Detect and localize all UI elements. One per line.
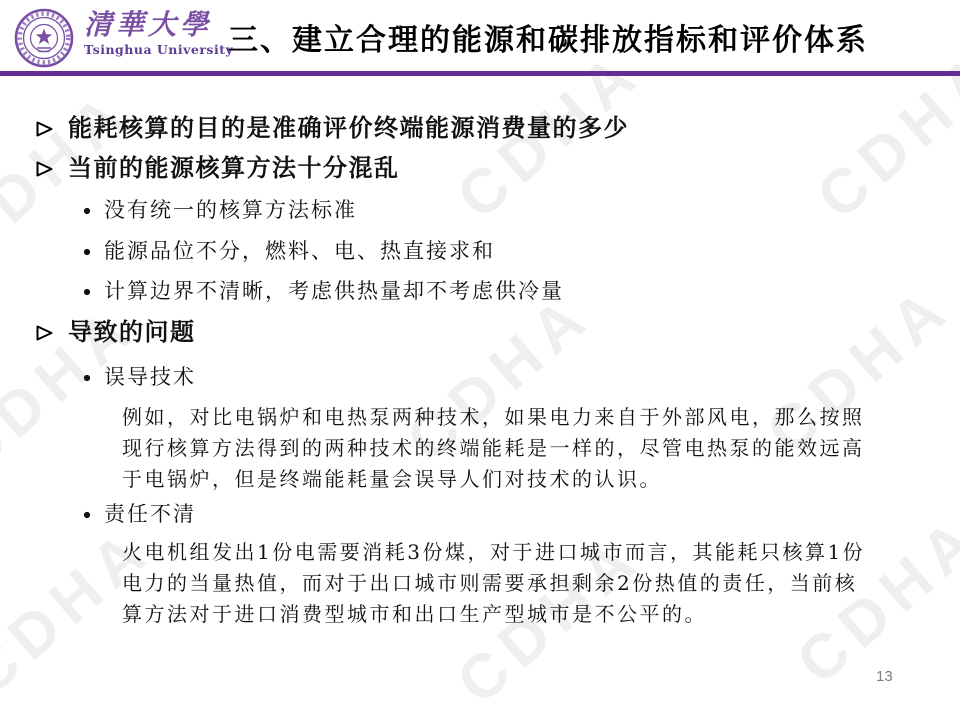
bullet-text: 误导技术 — [104, 364, 196, 391]
bullet-item: 导致的问题 — [36, 318, 196, 348]
body-paragraph: 火电机组发出1份电需要消耗3份煤，对于进口城市而言，其能耗只核算1份电力的当量热… — [122, 537, 874, 630]
bullet-item: 没有统一的核算方法标准 — [83, 197, 357, 224]
tsinghua-seal-icon — [14, 8, 74, 68]
dot-bullet-icon — [83, 374, 91, 382]
bullet-text: 计算边界不清晰，考虑供热量却不考虑供冷量 — [104, 278, 564, 305]
page-number: 13 — [876, 668, 893, 685]
tsinghua-logo: 清華大學 Tsinghua University — [14, 8, 233, 68]
logo-chinese-name: 清華大學 — [84, 8, 233, 42]
bullet-item: 能耗核算的目的是准确评价终端能源消费量的多少 — [36, 114, 629, 144]
slide: CDHA CDHA CDHA CDHA CDHA CDHA CDHA CDHA … — [0, 0, 960, 720]
dot-bullet-icon — [83, 288, 91, 296]
bullet-text: 当前的能源核算方法十分混乱 — [68, 154, 400, 184]
logo-english-name: Tsinghua University — [84, 42, 233, 57]
arrow-bullet-icon — [36, 325, 53, 341]
arrow-bullet-icon — [36, 161, 53, 177]
bullet-item: 计算边界不清晰，考虑供热量却不考虑供冷量 — [83, 278, 564, 305]
bullet-item: 责任不清 — [83, 501, 196, 528]
body-paragraph: 例如，对比电锅炉和电热泵两种技术，如果电力来自于外部风电，那么按照现行核算方法得… — [122, 402, 874, 495]
header-divider — [0, 71, 960, 76]
arrow-bullet-icon — [36, 121, 53, 137]
bullet-text: 能源品位不分，燃料、电、热直接求和 — [104, 238, 495, 265]
slide-header: 清華大學 Tsinghua University 三、建立合理的能源和碳排放指标… — [0, 0, 960, 76]
bullet-item: 能源品位不分，燃料、电、热直接求和 — [83, 238, 495, 265]
bullet-text: 没有统一的核算方法标准 — [104, 197, 357, 224]
dot-bullet-icon — [83, 248, 91, 256]
bullet-text: 能耗核算的目的是准确评价终端能源消费量的多少 — [68, 114, 629, 144]
bullet-text: 责任不清 — [104, 501, 196, 528]
dot-bullet-icon — [83, 207, 91, 215]
bullet-item: 误导技术 — [83, 364, 196, 391]
bullet-item: 当前的能源核算方法十分混乱 — [36, 154, 400, 184]
bullet-text: 导致的问题 — [68, 318, 196, 348]
slide-title: 三、建立合理的能源和碳排放指标和评价体系 — [228, 22, 868, 60]
dot-bullet-icon — [83, 511, 91, 519]
